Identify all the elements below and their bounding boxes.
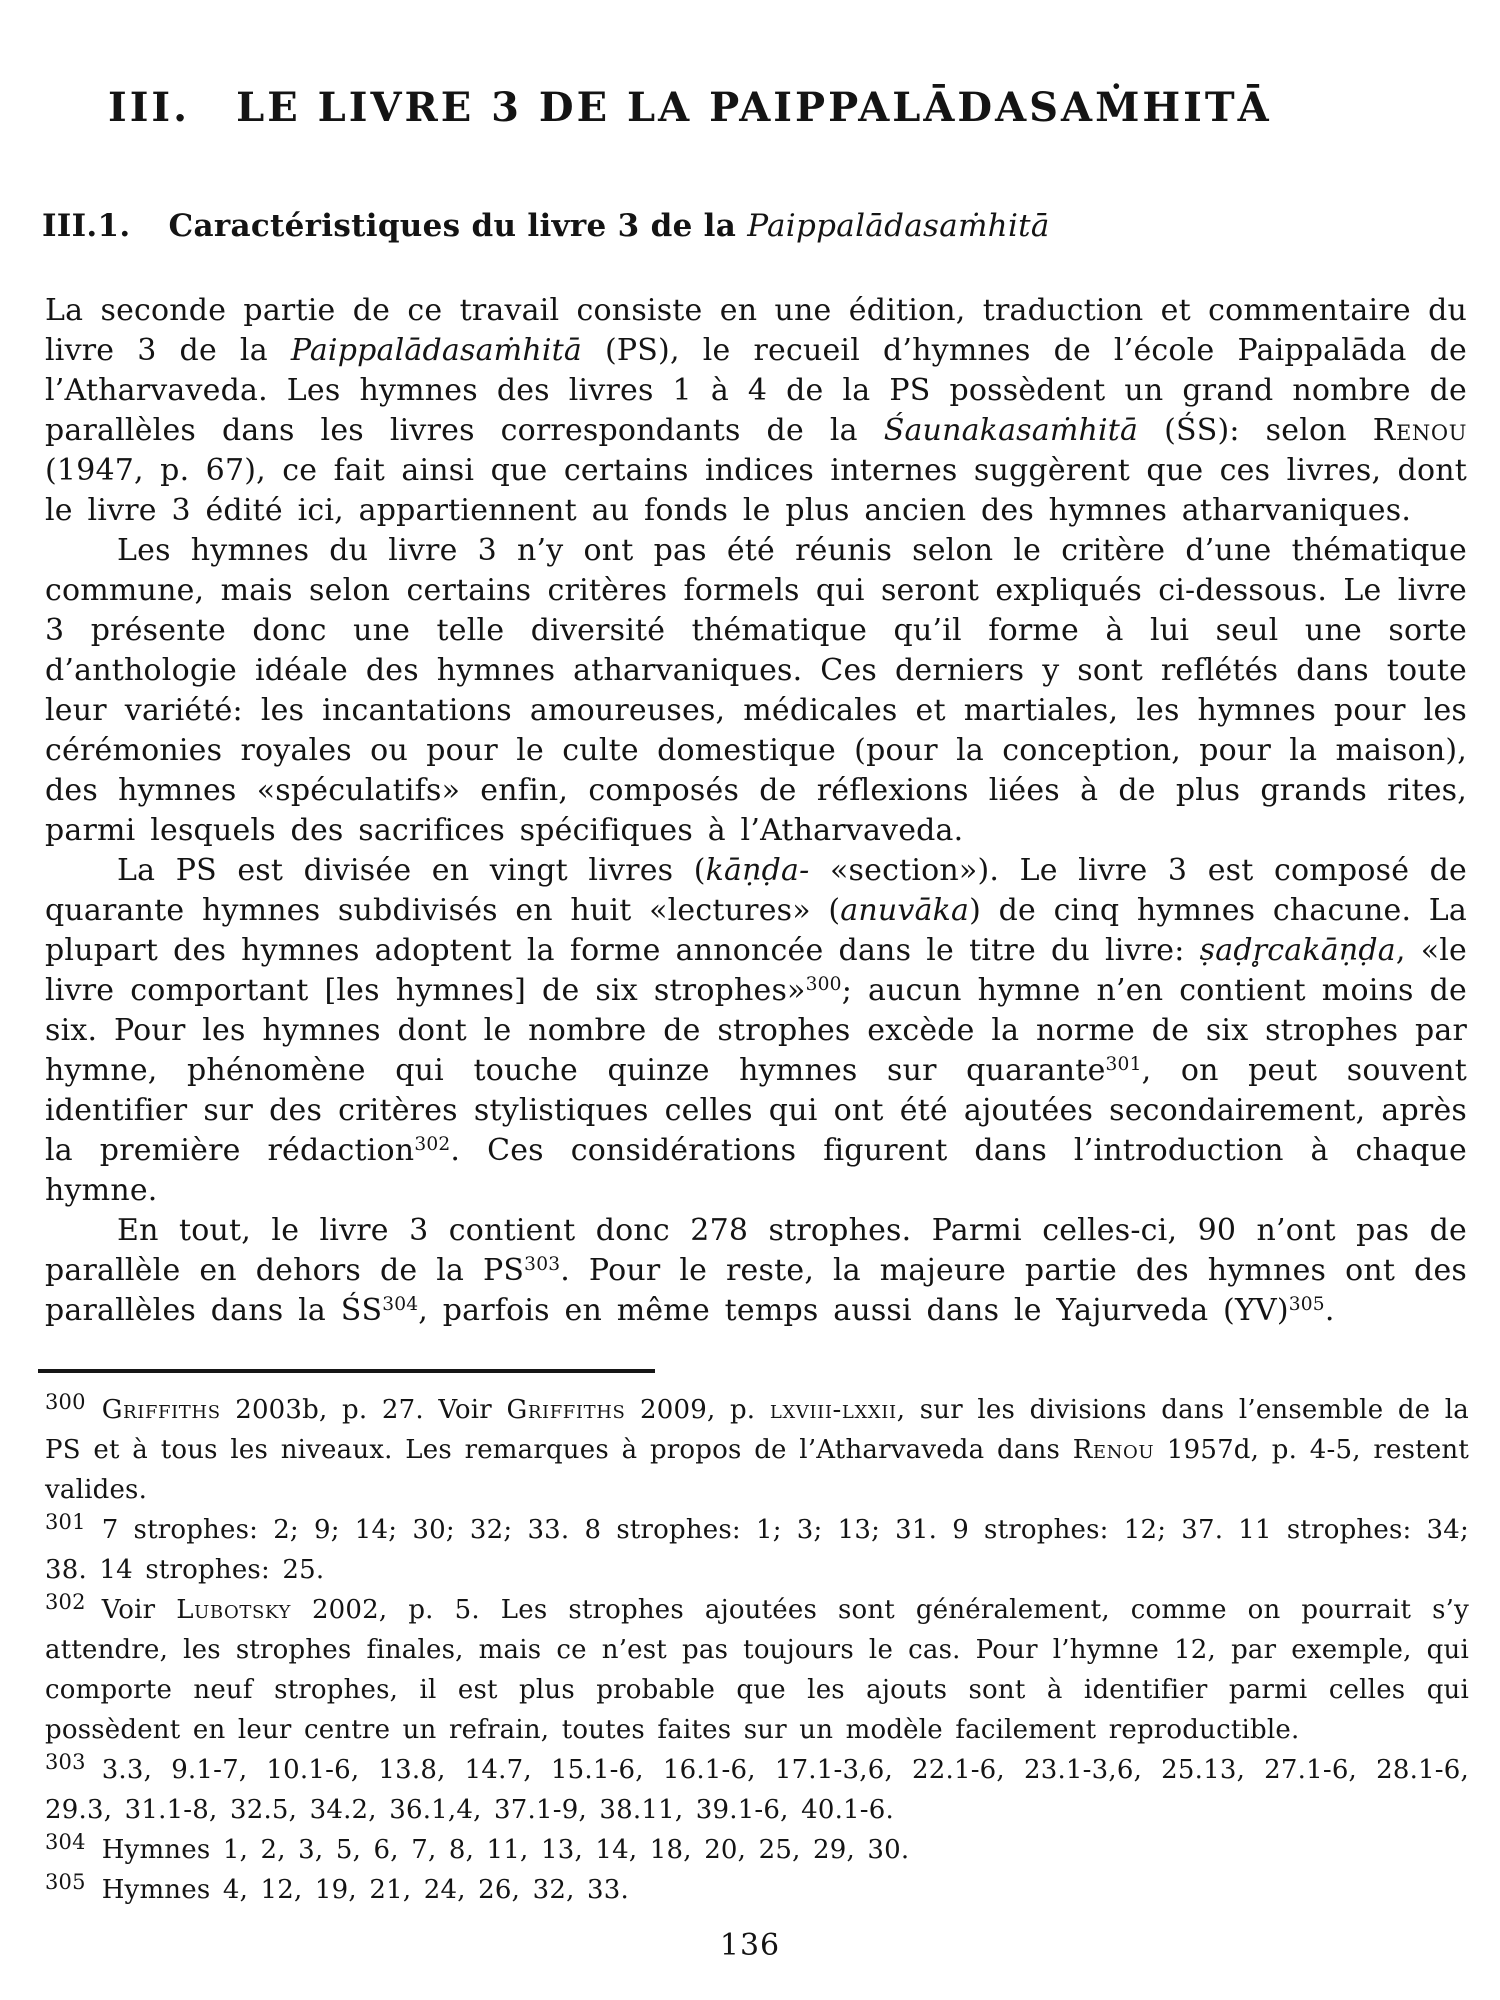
body-text: La seconde partie de ce travail consiste… — [45, 291, 1467, 1331]
section-title: Caractéristiques du livre 3 de la Paippa… — [168, 208, 1049, 244]
footnote-text: 3.3, 9.1-7, 10.1-6, 13.8, 14.7, 15.1-6, … — [45, 1755, 1469, 1825]
footnote-number: 302 — [45, 1590, 86, 1614]
footnote-text: Hymnes 4, 12, 19, 21, 24, 26, 32, 33. — [102, 1875, 629, 1905]
footnote-number: 304 — [45, 1830, 86, 1854]
footnote-number: 305 — [45, 1870, 86, 1894]
chapter-title-text: LE LIVRE 3 DE LA PAIPPALĀDASAṀHITĀ — [236, 84, 1272, 131]
chapter-title: III.LE LIVRE 3 DE LA PAIPPALĀDASAṀHITĀ — [108, 84, 1460, 131]
footnote-300: 300Griffiths 2003b, p. 27. Voir Griffith… — [45, 1390, 1469, 1510]
paragraph-2: Les hymnes du livre 3 n’y ont pas été ré… — [45, 531, 1467, 851]
footnote-304: 304Hymnes 1, 2, 3, 5, 6, 7, 8, 11, 13, 1… — [45, 1830, 1469, 1870]
footnote-301: 3017 strophes: 2; 9; 14; 30; 32; 33. 8 s… — [45, 1510, 1469, 1590]
paragraph-3: La PS est divisée en vingt livres (kāṇḍa… — [45, 851, 1467, 1211]
paragraph-4: En tout, le livre 3 contient donc 278 st… — [45, 1211, 1467, 1331]
page-number: 136 — [0, 1928, 1500, 1963]
footnote-separator-rule — [38, 1369, 655, 1373]
book-page: III.LE LIVRE 3 DE LA PAIPPALĀDASAṀHITĀ I… — [0, 0, 1500, 2000]
footnote-number: 301 — [45, 1510, 86, 1534]
chapter-number: III. — [108, 84, 190, 131]
footnotes: 300Griffiths 2003b, p. 27. Voir Griffith… — [45, 1390, 1469, 1910]
footnote-303: 3033.3, 9.1-7, 10.1-6, 13.8, 14.7, 15.1-… — [45, 1750, 1469, 1830]
footnote-text: 7 strophes: 2; 9; 14; 30; 32; 33. 8 stro… — [45, 1515, 1469, 1585]
footnote-305: 305Hymnes 4, 12, 19, 21, 24, 26, 32, 33. — [45, 1870, 1469, 1910]
footnote-text: Voir Lubotsky 2002, p. 5. Les strophes a… — [45, 1595, 1469, 1745]
section-heading: III.1.Caractéristiques du livre 3 de la … — [42, 208, 1460, 244]
footnote-text: Hymnes 1, 2, 3, 5, 6, 7, 8, 11, 13, 14, … — [102, 1835, 910, 1865]
footnote-number: 303 — [45, 1750, 86, 1774]
footnote-number: 300 — [45, 1390, 86, 1414]
footnote-text: Griffiths 2003b, p. 27. Voir Griffiths 2… — [45, 1395, 1469, 1505]
section-number: III.1. — [42, 208, 130, 244]
paragraph-1: La seconde partie de ce travail consiste… — [45, 291, 1467, 531]
footnote-302: 302Voir Lubotsky 2002, p. 5. Les strophe… — [45, 1590, 1469, 1750]
